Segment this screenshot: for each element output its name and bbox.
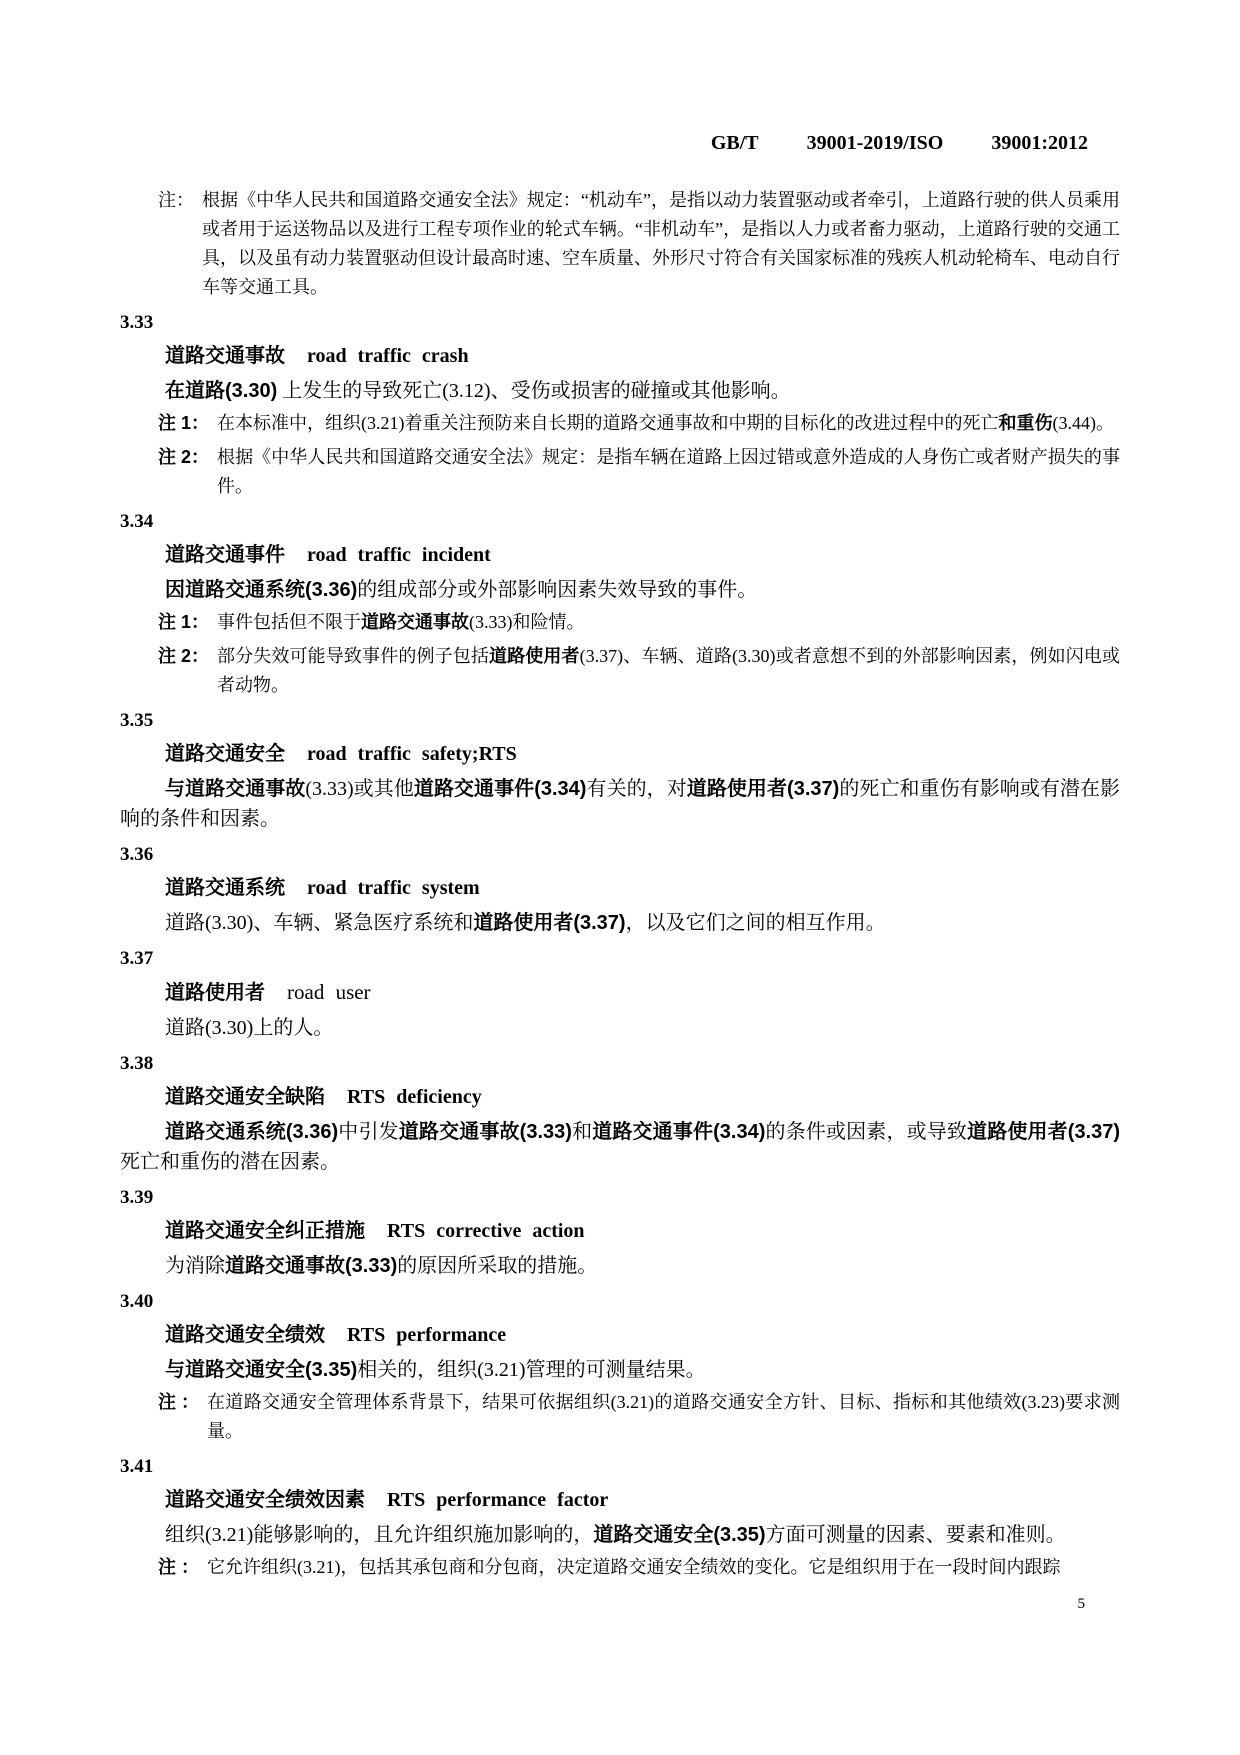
section-number: 3.35 bbox=[120, 706, 1120, 736]
text-run: 的组成部分或外部影响因素失效导致的事件。 bbox=[357, 579, 757, 601]
bold-term-run: 和重伤 bbox=[999, 413, 1053, 433]
term-heading: 道路交通安全road traffic safety;RTS bbox=[120, 738, 1120, 772]
term-section: 3.41道路交通安全绩效因素RTS performance factor组织(3… bbox=[120, 1452, 1120, 1582]
term-chinese: 道路交通安全缺陷 bbox=[165, 1086, 325, 1108]
standard-code-prefix: GB/T bbox=[711, 132, 759, 154]
text-run: 事件包括但不限于 bbox=[217, 612, 361, 632]
note-label: 注 ： bbox=[158, 1388, 199, 1446]
bold-term-run: 道路交通事件(3.34) bbox=[592, 1121, 765, 1143]
text-run: 道路(3.30)、车辆、紧急医疗系统和 bbox=[165, 912, 473, 934]
bold-term-run: 道路交通事故 bbox=[361, 612, 469, 632]
bold-term-run: 道路交通系统(3.36) bbox=[165, 1121, 338, 1143]
note-text: 事件包括但不限于道路交通事故(3.33)和险情。 bbox=[217, 608, 1120, 637]
text-run: (3.33)和险情。 bbox=[469, 612, 585, 632]
term-section: 3.37道路使用者road user道路(3.30)上的人。 bbox=[120, 944, 1120, 1043]
term-chinese: 道路交通安全绩效 bbox=[165, 1324, 325, 1346]
section-number: 3.38 bbox=[120, 1049, 1120, 1079]
note-label: 注 2： bbox=[158, 443, 209, 501]
bold-term-run: 道路交通事故(3.33) bbox=[225, 1255, 397, 1277]
note-label: 注： bbox=[158, 186, 194, 302]
bold-term-run: 因道路交通系统(3.36) bbox=[165, 579, 357, 601]
term-chinese: 道路交通安全 bbox=[165, 743, 285, 765]
section-number: 3.33 bbox=[120, 308, 1120, 338]
text-run: 的原因所采取的措施。 bbox=[397, 1255, 597, 1277]
term-section: 3.36道路交通系统road traffic system道路(3.30)、车辆… bbox=[120, 840, 1120, 938]
note-text: 在本标准中，组织(3.21)着重关注预防来自长期的道路交通事故和中期的目标化的改… bbox=[217, 409, 1120, 438]
term-english: RTS performance bbox=[347, 1324, 506, 1346]
term-english: road user bbox=[287, 980, 371, 1004]
bold-term-run: 道路交通事件(3.34) bbox=[414, 778, 587, 800]
bold-term-run: 在道路(3.30) bbox=[165, 380, 277, 402]
bold-term-run: 道路使用者(3.37) bbox=[967, 1121, 1120, 1143]
note: 注 1：在本标准中，组织(3.21)着重关注预防来自长期的道路交通事故和中期的目… bbox=[158, 409, 1120, 438]
text-run: 道路(3.30)上的人。 bbox=[165, 1017, 333, 1039]
text-run: 方面可测量的因素、要素和准则。 bbox=[766, 1524, 1066, 1546]
text-run: 有关的，对 bbox=[586, 778, 686, 800]
term-section: 3.40道路交通安全绩效RTS performance与道路交通安全(3.35)… bbox=[120, 1287, 1120, 1446]
document-header: GB/T39001-2019/ISO39001:2012 bbox=[120, 128, 1120, 158]
intro-note: 注： 根据《中华人民共和国道路交通安全法》规定：“机动车”，是指以动力装置驱动或… bbox=[158, 186, 1120, 302]
term-section: 3.34道路交通事件road traffic incident因道路交通系统(3… bbox=[120, 507, 1120, 700]
text-run: 根据《中华人民共和国道路交通安全法》规定：“机动车”，是指以动力装置驱动或者牵引… bbox=[202, 190, 1120, 297]
term-chinese: 道路交通系统 bbox=[165, 877, 285, 899]
text-run: 在道路交通安全管理体系背景下，结果可依据组织(3.21)的道路交通安全方针、目标… bbox=[207, 1392, 1120, 1441]
bold-term-run: 道路使用者(3.37) bbox=[473, 912, 625, 934]
note-text: 根据《中华人民共和国道路交通安全法》规定：“机动车”，是指以动力装置驱动或者牵引… bbox=[202, 186, 1120, 302]
term-definition: 道路交通系统(3.36)中引发道路交通事故(3.33)和道路交通事件(3.34)… bbox=[120, 1117, 1120, 1177]
note: 注 ：在道路交通安全管理体系背景下，结果可依据组织(3.21)的道路交通安全方针… bbox=[158, 1388, 1120, 1446]
term-english: road traffic safety;RTS bbox=[307, 743, 517, 765]
text-run: 组织(3.21)能够影响的，且允许组织施加影响的， bbox=[165, 1524, 593, 1546]
note: 注 ：它允许组织(3.21)，包括其承包商和分包商，决定道路交通安全绩效的变化。… bbox=[158, 1553, 1120, 1582]
note: 注 2：部分失效可能导致事件的例子包括道路使用者(3.37)、车辆、道路(3.3… bbox=[158, 642, 1120, 700]
term-chinese: 道路交通事件 bbox=[165, 544, 285, 566]
text-run: 根据《中华人民共和国道路交通安全法》规定：是指车辆在道路上因过错或意外造成的人身… bbox=[217, 447, 1120, 496]
text-run: (3.33)或其他 bbox=[305, 778, 414, 800]
text-run: 中引发 bbox=[338, 1121, 399, 1143]
standard-code-iso: 39001:2012 bbox=[991, 132, 1088, 154]
standard-code-number: 39001-2019/ISO bbox=[807, 132, 944, 154]
term-definition: 道路(3.30)、车辆、紧急医疗系统和道路使用者(3.37)，以及它们之间的相互… bbox=[120, 908, 1120, 938]
sections: 3.33道路交通事故road traffic crash在道路(3.30) 上发… bbox=[120, 308, 1120, 1582]
bold-term-run: 与道路交通安全(3.35) bbox=[165, 1359, 357, 1381]
note-label: 注 1： bbox=[158, 409, 209, 438]
term-definition: 组织(3.21)能够影响的，且允许组织施加影响的，道路交通安全(3.35)方面可… bbox=[120, 1520, 1120, 1550]
text-run: 部分失效可能导致事件的例子包括 bbox=[217, 646, 489, 666]
section-number: 3.41 bbox=[120, 1452, 1120, 1482]
term-heading: 道路交通安全绩效因素RTS performance factor bbox=[120, 1484, 1120, 1518]
term-section: 3.38道路交通安全缺陷RTS deficiency道路交通系统(3.36)中引… bbox=[120, 1049, 1120, 1177]
note: 注 2：根据《中华人民共和国道路交通安全法》规定：是指车辆在道路上因过错或意外造… bbox=[158, 443, 1120, 501]
bold-term-run: 道路交通事故(3.33) bbox=[399, 1121, 572, 1143]
document-page: GB/T39001-2019/ISO39001:2012 注： 根据《中华人民共… bbox=[0, 0, 1240, 1755]
term-heading: 道路使用者road user bbox=[120, 976, 1120, 1011]
term-heading: 道路交通安全纠正措施RTS corrective action bbox=[120, 1215, 1120, 1249]
bold-term-run: 道路使用者 bbox=[489, 646, 580, 666]
section-number: 3.36 bbox=[120, 840, 1120, 870]
term-heading: 道路交通事件road traffic incident bbox=[120, 539, 1120, 573]
text-run: ，以及它们之间的相互作用。 bbox=[626, 912, 886, 934]
term-definition: 与道路交通安全(3.35)相关的，组织(3.21)管理的可测量结果。 bbox=[120, 1355, 1120, 1385]
text-run: 它允许组织(3.21)，包括其承包商和分包商，决定道路交通安全绩效的变化。它是组… bbox=[207, 1557, 1060, 1577]
term-english: RTS corrective action bbox=[387, 1220, 585, 1242]
section-number: 3.34 bbox=[120, 507, 1120, 537]
term-definition: 与道路交通事故(3.33)或其他道路交通事件(3.34)有关的，对道路使用者(3… bbox=[120, 774, 1120, 834]
note-text: 根据《中华人民共和国道路交通安全法》规定：是指车辆在道路上因过错或意外造成的人身… bbox=[217, 443, 1120, 501]
section-number: 3.40 bbox=[120, 1287, 1120, 1317]
term-definition: 因道路交通系统(3.36)的组成部分或外部影响因素失效导致的事件。 bbox=[120, 575, 1120, 605]
term-section: 3.39道路交通安全纠正措施RTS corrective action为消除道路… bbox=[120, 1183, 1120, 1281]
text-run: 和 bbox=[572, 1121, 592, 1143]
text-run: 上发生的导致死亡(3.12)、受伤或损害的碰撞或其他影响。 bbox=[277, 380, 790, 402]
note-label: 注 1： bbox=[158, 608, 209, 637]
term-heading: 道路交通系统road traffic system bbox=[120, 872, 1120, 906]
term-chinese: 道路交通安全绩效因素 bbox=[165, 1489, 365, 1511]
note-label: 注 2： bbox=[158, 642, 209, 700]
term-english: RTS performance factor bbox=[387, 1489, 608, 1511]
term-heading: 道路交通安全缺陷RTS deficiency bbox=[120, 1081, 1120, 1115]
text-run: 的条件或因素，或导致 bbox=[765, 1121, 967, 1143]
term-english: RTS deficiency bbox=[347, 1086, 482, 1108]
term-definition: 道路(3.30)上的人。 bbox=[120, 1013, 1120, 1043]
section-number: 3.39 bbox=[120, 1183, 1120, 1213]
term-chinese: 道路交通安全纠正措施 bbox=[165, 1220, 365, 1242]
bold-term-run: 与道路交通事故 bbox=[165, 778, 305, 800]
term-english: road traffic crash bbox=[307, 345, 469, 367]
page-number: 5 bbox=[120, 1592, 1120, 1616]
term-definition: 在道路(3.30) 上发生的导致死亡(3.12)、受伤或损害的碰撞或其他影响。 bbox=[120, 376, 1120, 406]
term-chinese: 道路使用者 bbox=[165, 982, 265, 1004]
term-heading: 道路交通事故road traffic crash bbox=[120, 340, 1120, 374]
note-text: 它允许组织(3.21)，包括其承包商和分包商，决定道路交通安全绩效的变化。它是组… bbox=[207, 1553, 1120, 1582]
term-english: road traffic system bbox=[307, 877, 480, 899]
term-chinese: 道路交通事故 bbox=[165, 345, 285, 367]
term-english: road traffic incident bbox=[307, 544, 491, 566]
note: 注 1：事件包括但不限于道路交通事故(3.33)和险情。 bbox=[158, 608, 1120, 637]
note-text: 部分失效可能导致事件的例子包括道路使用者(3.37)、车辆、道路(3.30)或者… bbox=[217, 642, 1120, 700]
text-run: 相关的，组织(3.21)管理的可测量结果。 bbox=[357, 1359, 705, 1381]
text-run: (3.44)。 bbox=[1053, 413, 1115, 433]
note-label: 注 ： bbox=[158, 1553, 199, 1582]
bold-term-run: 道路交通安全(3.35) bbox=[593, 1524, 765, 1546]
note-text: 在道路交通安全管理体系背景下，结果可依据组织(3.21)的道路交通安全方针、目标… bbox=[207, 1388, 1120, 1446]
bold-term-run: 道路使用者(3.37) bbox=[687, 778, 840, 800]
text-run: 死亡和重伤的潜在因素。 bbox=[120, 1151, 340, 1173]
term-section: 3.33道路交通事故road traffic crash在道路(3.30) 上发… bbox=[120, 308, 1120, 501]
text-run: 在本标准中，组织(3.21)着重关注预防来自长期的道路交通事故和中期的目标化的改… bbox=[217, 413, 998, 433]
term-heading: 道路交通安全绩效RTS performance bbox=[120, 1319, 1120, 1353]
section-number: 3.37 bbox=[120, 944, 1120, 974]
text-run: 为消除 bbox=[165, 1255, 225, 1277]
term-definition: 为消除道路交通事故(3.33)的原因所采取的措施。 bbox=[120, 1251, 1120, 1281]
term-section: 3.35道路交通安全road traffic safety;RTS与道路交通事故… bbox=[120, 706, 1120, 834]
